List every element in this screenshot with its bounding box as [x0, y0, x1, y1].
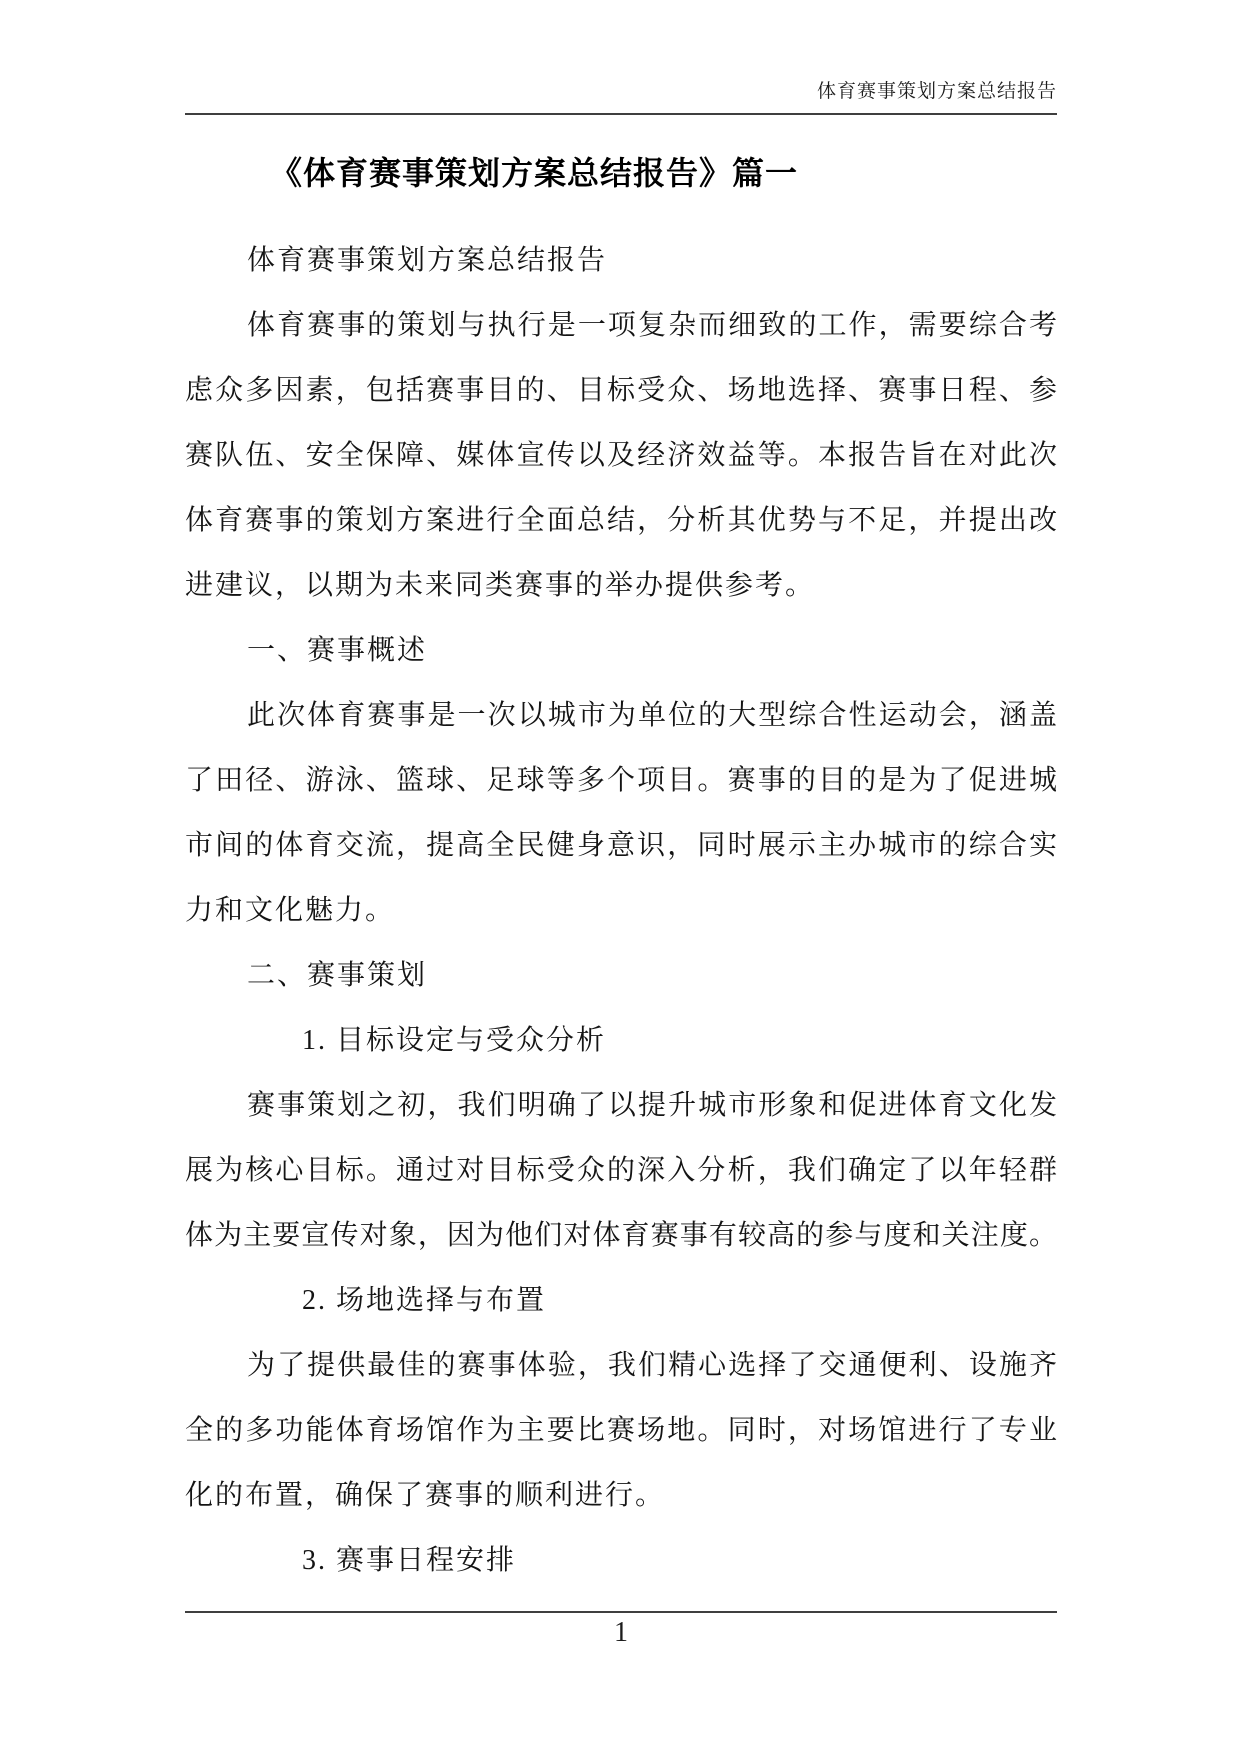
- body-lines: 体育赛事策划方案总结报告体育赛事的策划与执行是一项复杂而细致的工作，需要综合考虑…: [185, 228, 1057, 1593]
- document-title: 《体育赛事策划方案总结报告》篇一: [270, 152, 798, 194]
- body-line: 赛事策划之初，我们明确了以提升城市形象和促进体育文化发: [185, 1073, 1057, 1138]
- body-line: 赛队伍、安全保障、媒体宣传以及经济效益等。本报告旨在对此次: [185, 423, 1057, 488]
- header-rule: [185, 113, 1057, 115]
- body-line: 化的布置，确保了赛事的顺利进行。: [185, 1463, 1057, 1528]
- document-page: 体育赛事策划方案总结报告 《体育赛事策划方案总结报告》篇一 体育赛事策划方案总结…: [0, 0, 1240, 1753]
- subsection-heading-1: 1. 目标设定与受众分析: [185, 1008, 1057, 1073]
- body-line: 体育赛事的策划与执行是一项复杂而细致的工作，需要综合考: [185, 293, 1057, 358]
- body-line: 进建议，以期为未来同类赛事的举办提供参考。: [185, 553, 1057, 618]
- body-line: 体育赛事的策划方案进行全面总结，分析其优势与不足，并提出改: [185, 488, 1057, 553]
- body-line-intro: 体育赛事策划方案总结报告: [185, 228, 1057, 293]
- body-line: 力和文化魅力。: [185, 878, 1057, 943]
- running-header: 体育赛事策划方案总结报告: [185, 80, 1057, 104]
- body-line: 全的多功能体育场馆作为主要比赛场地。同时，对场馆进行了专业: [185, 1398, 1057, 1463]
- section-heading-1: 一、赛事概述: [185, 618, 1057, 683]
- body-line: 虑众多因素，包括赛事目的、目标受众、场地选择、赛事日程、参: [185, 358, 1057, 423]
- body-line: 市间的体育交流，提高全民健身意识，同时展示主办城市的综合实: [185, 813, 1057, 878]
- subsection-heading-3: 3. 赛事日程安排: [185, 1528, 1057, 1593]
- footer-rule: [185, 1611, 1057, 1613]
- body-line: 此次体育赛事是一次以城市为单位的大型综合性运动会，涵盖: [185, 683, 1057, 748]
- body-line: 了田径、游泳、篮球、足球等多个项目。赛事的目的是为了促进城: [185, 748, 1057, 813]
- subsection-heading-2: 2. 场地选择与布置: [185, 1268, 1057, 1333]
- body-line: 为了提供最佳的赛事体验，我们精心选择了交通便利、设施齐: [185, 1333, 1057, 1398]
- section-heading-2: 二、赛事策划: [185, 943, 1057, 1008]
- body-line: 展为核心目标。通过对目标受众的深入分析，我们确定了以年轻群: [185, 1138, 1057, 1203]
- body-line: 体为主要宣传对象，因为他们对体育赛事有较高的参与度和关注度。: [185, 1203, 1057, 1268]
- page-number: 1: [185, 1615, 1057, 1651]
